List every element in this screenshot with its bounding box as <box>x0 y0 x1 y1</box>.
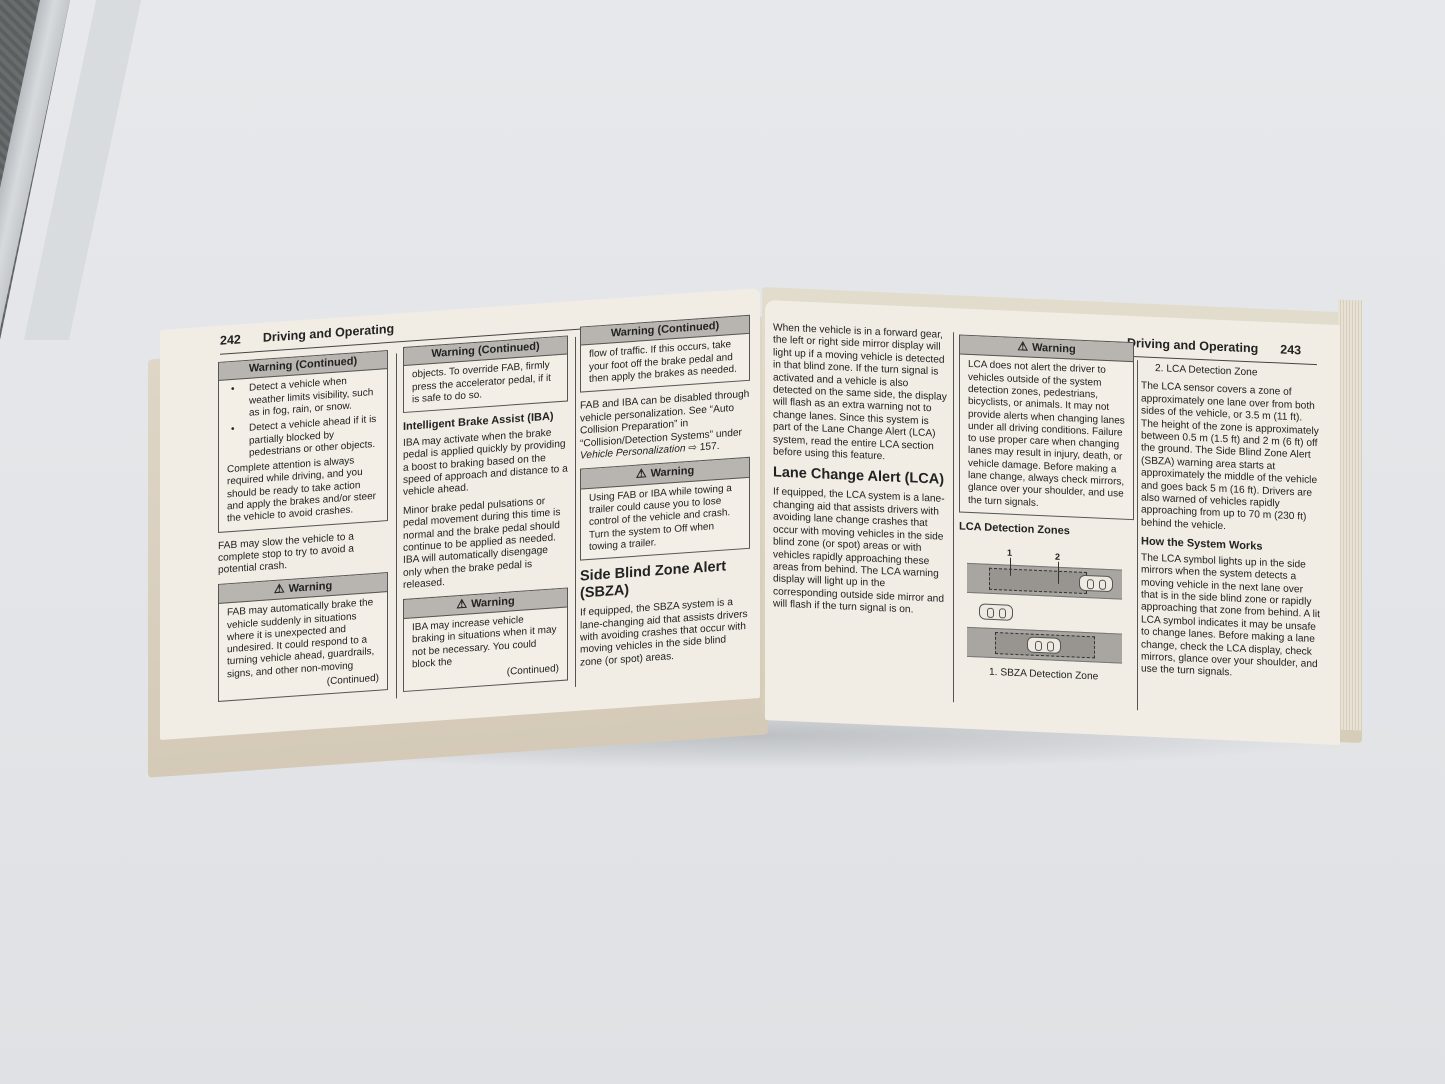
warning-triangle-icon: ⚠ <box>1017 339 1028 353</box>
page-number: 242 <box>220 332 241 347</box>
warning-bullet: Detect a vehicle when weather limits vis… <box>231 374 379 421</box>
paragraph: FAB and IBA can be disabled through vehi… <box>580 389 750 463</box>
car-icon <box>1079 575 1113 592</box>
warning-box: ⚠Warning FAB may automatically brake the… <box>218 572 388 702</box>
warning-box: Warning (Continued) flow of traffic. If … <box>580 315 750 393</box>
paragraph: FAB may slow the vehicle to a complete s… <box>218 529 388 578</box>
detection-zone-upper <box>989 568 1087 594</box>
warning-box: ⚠Warning Using FAB or IBA while towing a… <box>580 457 750 561</box>
car-icon <box>979 604 1013 621</box>
warning-triangle-icon: ⚠ <box>456 596 467 611</box>
right-column-2: ⚠Warning LCA does not alert the driver t… <box>959 334 1134 691</box>
warning-box: Warning (Continued) objects. To override… <box>403 335 568 413</box>
warning-box: ⚠Warning IBA may increase vehicle brakin… <box>403 587 568 692</box>
right-column-3: 2. LCA Detection Zone The LCA sensor cov… <box>1141 362 1321 690</box>
column-divider <box>953 332 954 702</box>
paragraph: If equipped, the LCA system is a lane-ch… <box>773 487 948 619</box>
warning-text: LCA does not alert the driver to vehicle… <box>968 359 1125 513</box>
section-heading: Lane Change Alert (LCA) <box>773 465 948 490</box>
right-column-1: When the vehicle is in a forward gear, t… <box>773 322 948 624</box>
page-number: 243 <box>1280 342 1301 357</box>
paragraph: IBA may activate when the brake pedal is… <box>403 426 568 500</box>
page-header: Driving and Operating 243 <box>1127 336 1301 358</box>
warning-text: IBA may increase vehicle braking in situ… <box>412 612 559 671</box>
left-page: 242 Driving and Operating Warning (Conti… <box>160 288 760 740</box>
warning-bullet: Detect a vehicle ahead if it is partiall… <box>231 414 379 461</box>
figure-title: LCA Detection Zones <box>959 520 1134 540</box>
left-column-1: Warning (Continued) Detect a vehicle whe… <box>218 350 388 710</box>
figure-caption: 2. LCA Detection Zone <box>1155 363 1321 383</box>
warning-text: Using FAB or IBA while towing a trailer … <box>589 482 741 554</box>
callout-line <box>1010 558 1011 576</box>
page-edges <box>1338 299 1362 730</box>
right-page: Driving and Operating 243 When the vehic… <box>765 300 1340 745</box>
left-column-2: Warning (Continued) objects. To override… <box>403 335 568 700</box>
paragraph: The LCA sensor covers a zone of approxim… <box>1141 381 1321 538</box>
section-title: Driving and Operating <box>1127 336 1258 356</box>
warning-triangle-icon: ⚠ <box>274 581 285 596</box>
paragraph: When the vehicle is in a forward gear, t… <box>773 322 948 466</box>
left-column-3: Warning (Continued) flow of traffic. If … <box>580 315 750 676</box>
car-icon <box>1027 637 1061 654</box>
warning-text: flow of traffic. If this occurs, take yo… <box>589 339 741 387</box>
figure-caption: 1. SBZA Detection Zone <box>989 667 1134 686</box>
paragraph: Minor brake pedal pulsations or pedal mo… <box>403 494 568 592</box>
column-divider <box>396 353 397 698</box>
warning-box: ⚠Warning LCA does not alert the driver t… <box>959 334 1134 520</box>
warning-box: Warning (Continued) Detect a vehicle whe… <box>218 350 388 533</box>
warning-text: objects. To override FAB, firmly press t… <box>412 360 559 407</box>
column-divider <box>1137 360 1138 710</box>
paragraph: The LCA symbol lights up in the side mir… <box>1141 552 1321 684</box>
warning-text: Complete attention is always required wh… <box>227 454 379 526</box>
section-heading: Side Blind Zone Alert (SBZA) <box>580 557 750 603</box>
section-title: Driving and Operating <box>263 322 394 345</box>
callout-line <box>1058 562 1059 584</box>
column-divider <box>575 337 576 687</box>
lca-detection-zones-diagram: 1 2 <box>967 545 1122 667</box>
warning-text: FAB may automatically brake the vehicle … <box>227 597 379 681</box>
paragraph: If equipped, the SBZA system is a lane-c… <box>580 596 750 670</box>
warning-triangle-icon: ⚠ <box>636 466 647 481</box>
